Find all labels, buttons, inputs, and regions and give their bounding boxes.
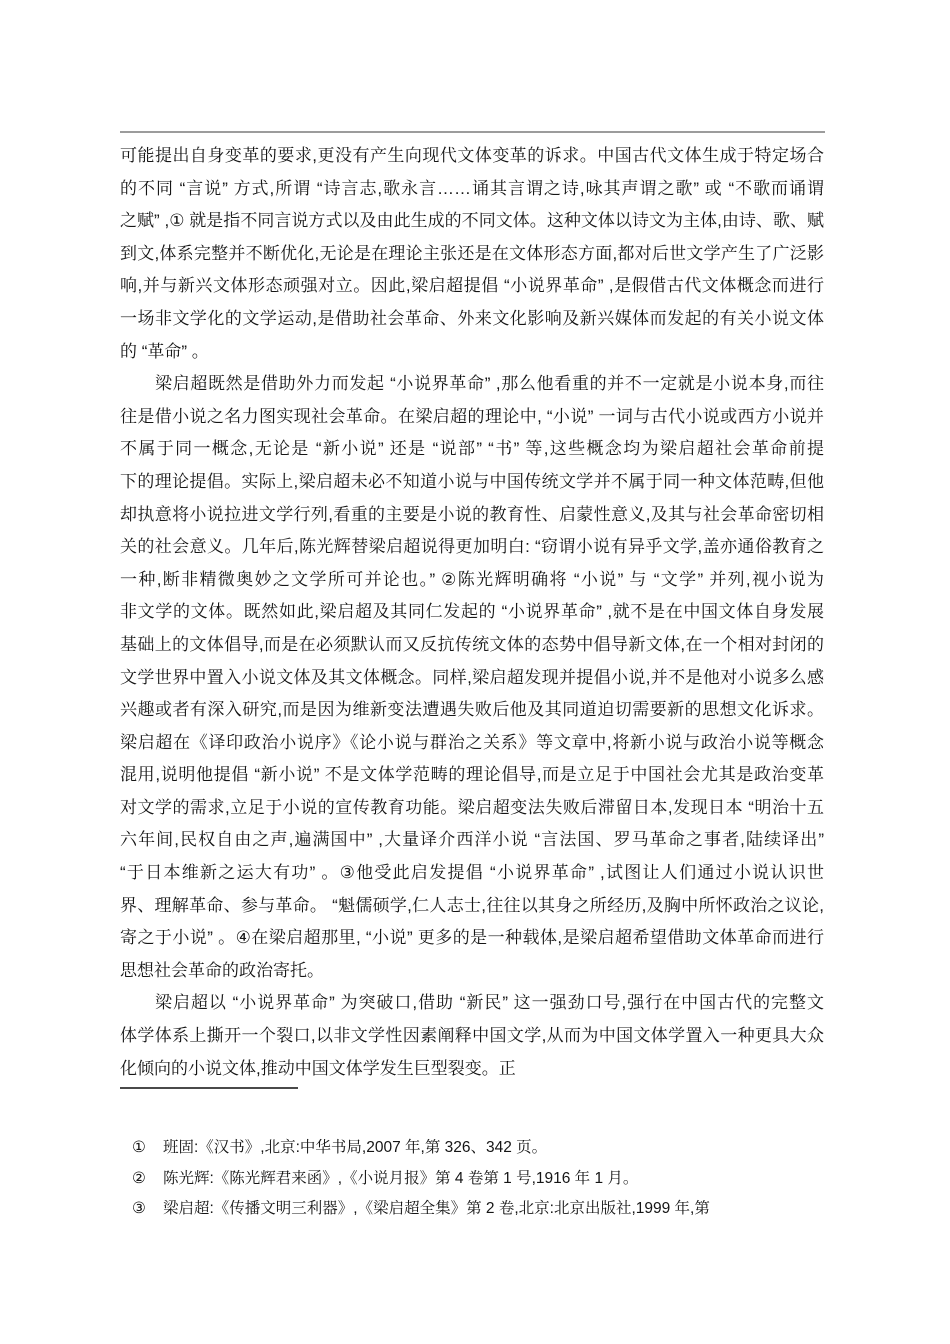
- page-top-rule: [120, 131, 825, 133]
- body-text: 可能提出自身变革的要求,更没有产生向现代文体变革的诉求。中国古代文体生成于特定场…: [120, 140, 824, 1085]
- text-line: 响,并与新兴文体形态顽强对立。因此,梁启超提倡 “小说界革命” ,是假借古代文体…: [120, 270, 824, 303]
- text-line: 的不同 “言说” 方式,所谓 “诗言志,歌永言……诵其言谓之诗,咏其声谓之歌” …: [120, 173, 824, 206]
- footnote-text: 梁启超:《传播文明三利器》,《梁启超全集》第 2 卷,北京:北京出版社,1999…: [163, 1194, 840, 1225]
- text-line: 六年间,民权自由之声,遍满国中” ,大量译介西洋小说 “言法国、罗马革命之事者,…: [120, 824, 824, 857]
- text-line: 一场非文学化的文学运动,是借助社会革命、外来文化影响及新兴媒体而发起的有关小说文…: [120, 303, 824, 336]
- text-line: 非文学的文体。既然如此,梁启超及其同仁发起的 “小说界革命” ,就不是在中国文体…: [120, 596, 824, 629]
- text-line: 思想社会革命的政治寄托。: [120, 955, 824, 988]
- text-line: 界、理解革命、参与革命。 “魁儒硕学,仁人志士,往往以其身之所经历,及胸中所怀政…: [120, 890, 824, 923]
- footnote: ③梁启超:《传播文明三利器》,《梁启超全集》第 2 卷,北京:北京出版社,199…: [120, 1194, 840, 1225]
- text-line: 对文学的需求,立足于小说的宣传教育功能。梁启超变法失败后滞留日本,发现日本 “明…: [120, 792, 824, 825]
- footnote: ②陈光辉:《陈光辉君来函》,《小说月报》第 4 卷第 1 号,1916 年 1 …: [120, 1164, 840, 1195]
- text-line: 一种,断非精微奥妙之文学所可并论也。” ②陈光辉明确将 “小说” 与 “文学” …: [120, 564, 824, 597]
- text-line: 文学世界中置入小说文体及其文体概念。同样,梁启超发现并提倡小说,并不是他对小说多…: [120, 662, 824, 695]
- text-line: 基础上的文体倡导,而是在必须默认而又反抗传统文体的态势中倡导新文体,在一个相对封…: [120, 629, 824, 662]
- text-line: 关的社会意义。几年后,陈光辉替梁启超说得更加明白: “窃谓小说有异乎文学,盖亦通…: [120, 531, 824, 564]
- text-line: 兴趣或者有深入研究,而是因为维新变法遭遇失败后他及其同道迫切需要新的思想文化诉求…: [120, 694, 824, 727]
- text-line: 却执意将小说拉进文学行列,看重的主要是小说的教育性、启蒙性意义,及其与社会革命密…: [120, 499, 824, 532]
- text-line: 体学体系上撕开一个裂口,以非文学性因素阐释中国文学,从而为中国文体学置入一种更具…: [120, 1020, 824, 1053]
- footnote-text: 班固:《汉书》,北京:中华书局,2007 年,第 326、342 页。: [163, 1133, 840, 1164]
- text-line: 下的理论提倡。实际上,梁启超未必不知道小说与中国传统文学并不属于同一种文体范畴,…: [120, 466, 824, 499]
- footnotes-section: ①班固:《汉书》,北京:中华书局,2007 年,第 326、342 页。②陈光辉…: [120, 1133, 840, 1225]
- text-line: 梁启超在《译印政治小说序》《论小说与群治之关系》等文章中,将新小说与政治小说等概…: [120, 727, 824, 760]
- text-line: 的 “革命” 。: [120, 336, 824, 369]
- text-line: 梁启超以 “小说界革命” 为突破口,借助 “新民” 这一强劲口号,强行在中国古代…: [120, 987, 824, 1020]
- footnote-marker: ③: [120, 1194, 163, 1225]
- footnote-marker: ②: [120, 1164, 163, 1195]
- text-line: 梁启超既然是借助外力而发起 “小说界革命” ,那么他看重的并不一定就是小说本身,…: [120, 368, 824, 401]
- footnote-marker: ①: [120, 1133, 163, 1164]
- footnote-text: 陈光辉:《陈光辉君来函》,《小说月报》第 4 卷第 1 号,1916 年 1 月…: [163, 1164, 840, 1195]
- text-line: 不属于同一概念,无论是 “新小说” 还是 “说部” “书” 等,这些概念均为梁启…: [120, 433, 824, 466]
- text-line: 之赋” ,① 就是指不同言说方式以及由此生成的不同文体。这种文体以诗文为主体,由…: [120, 205, 824, 238]
- document-page: 可能提出自身变革的要求,更没有产生向现代文体变革的诉求。中国古代文体生成于特定场…: [0, 0, 950, 1344]
- text-line: 混用,说明他提倡 “新小说” 不是文体学范畴的理论倡导,而是立足于中国社会尤其是…: [120, 759, 824, 792]
- text-line: 可能提出自身变革的要求,更没有产生向现代文体变革的诉求。中国古代文体生成于特定场…: [120, 140, 824, 173]
- text-line: 到文,体系完整并不断优化,无论是在理论主张还是在文体形态方面,都对后世文学产生了…: [120, 238, 824, 271]
- footnote: ①班固:《汉书》,北京:中华书局,2007 年,第 326、342 页。: [120, 1133, 840, 1164]
- text-line: 寄之于小说” 。④在梁启超那里, “小说” 更多的是一种载体,是梁启超希望借助文…: [120, 922, 824, 955]
- text-line: “于日本维新之运大有功” 。③他受此启发提倡 “小说界革命” ,试图让人们通过小…: [120, 857, 824, 890]
- text-line: 化倾向的小说文体,推动中国文体学发生巨型裂变。正: [120, 1053, 824, 1086]
- footnote-separator: [120, 1087, 298, 1089]
- text-line: 往是借小说之名力图实现社会革命。在梁启超的理论中, “小说” 一词与古代小说或西…: [120, 401, 824, 434]
